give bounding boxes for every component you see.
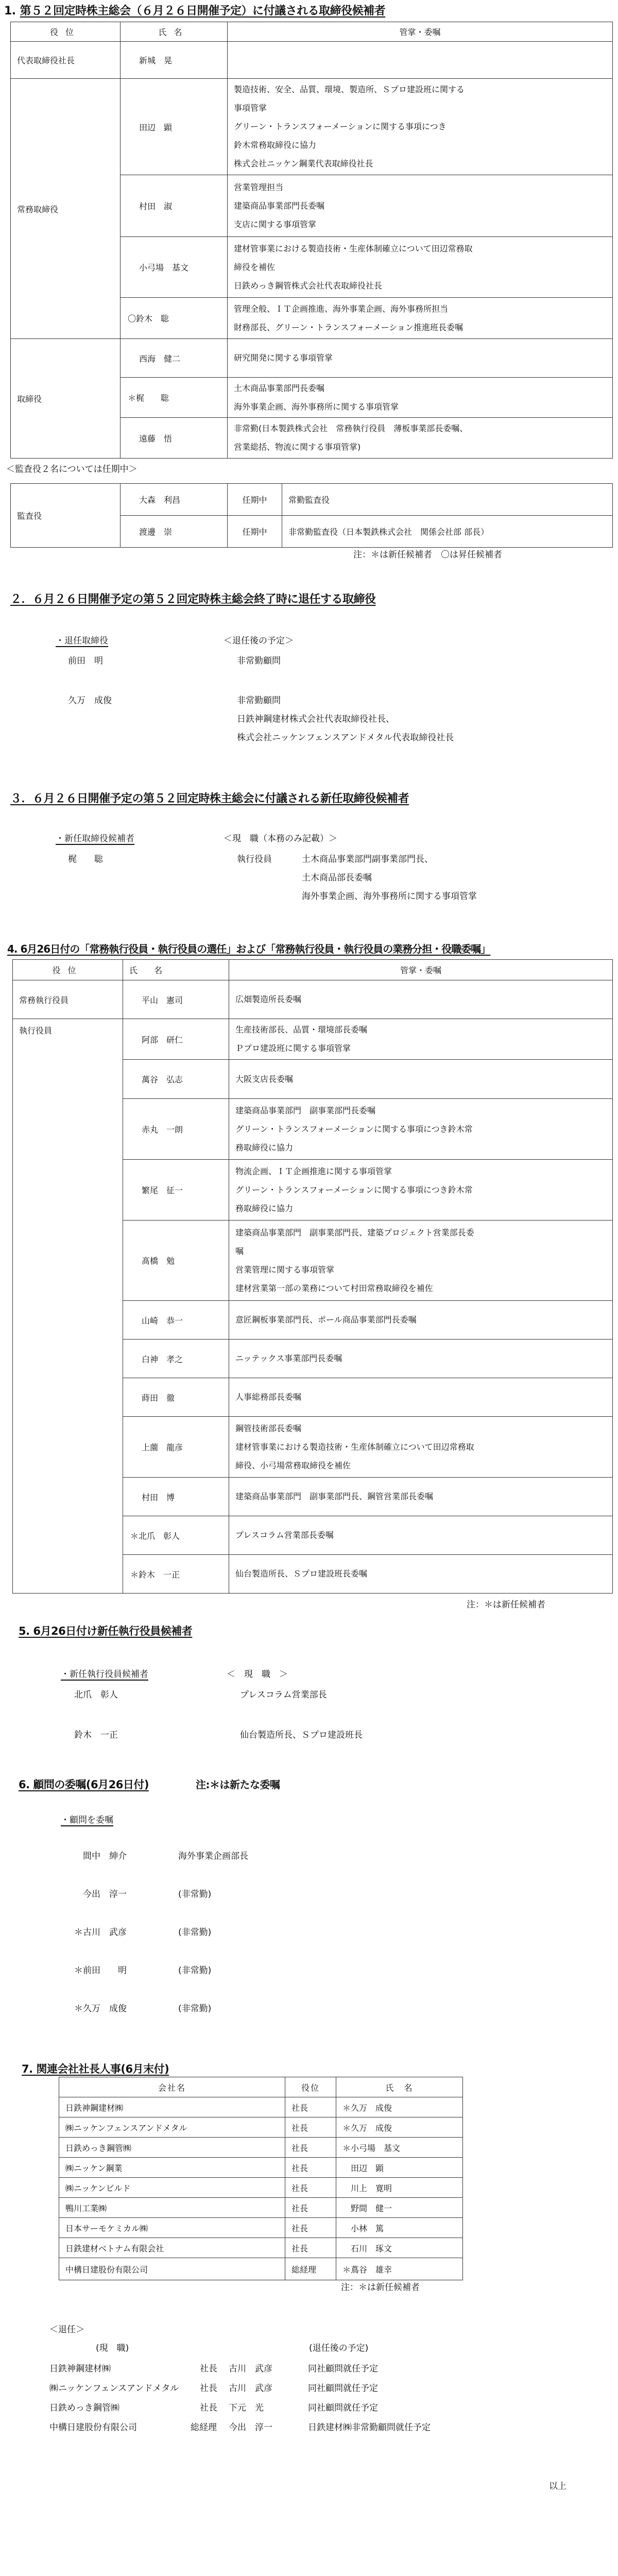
table-row: 代表取締役社長 新城 晃	[11, 42, 613, 79]
table-header-row: 役位 氏名 管掌・委嘱	[11, 22, 613, 42]
advisor-name: ＊前田 明	[74, 1961, 127, 1980]
table-row: ㈱ニッケン鋼業社長 田辺 顕	[59, 2158, 463, 2178]
candidate-position: 執行役員	[237, 850, 272, 869]
new-director-label: ・新任取締役候補者	[56, 829, 134, 848]
officer-name: 鈴木 一正	[74, 1726, 118, 1744]
advisor-name: ＊久万 成俊	[74, 1999, 127, 2018]
retiree-plans: 非常勤顧問 日鉄神鋼建材株式会社代表取締役社長、 株式会社ニッケンフェンスアンド…	[237, 691, 454, 747]
section-4-footnote: 注：＊は新任候補者	[467, 1597, 545, 1610]
closing-text: 以上	[549, 2477, 566, 2496]
table-row: 監査役 大森 利昌 任期中 常勤監査役	[11, 484, 613, 516]
section-4-title: 4. 6月26日付の「常務執行役員・執行役員の選任」および「常務執行役員・執行役…	[7, 941, 490, 956]
section-6-note: 注:＊は新たな委嘱	[196, 1776, 280, 1791]
section-3-title: ３．６月２６日開催予定の第５２回定時株主総会に付議される新任取締役候補者	[10, 790, 409, 806]
retiring-directors-label: ・退任取締役	[56, 632, 108, 650]
advisor-detail: (非常勤)	[178, 1999, 211, 2018]
advisor-detail: (非常勤)	[178, 1885, 211, 1904]
officer-current: プレスコラム営業部長	[240, 1686, 327, 1704]
retire-name: 古川 武彦	[229, 2360, 272, 2378]
new-officer-label: ・新任執行役員候補者	[61, 1665, 148, 1684]
table-row: 常務執行役員 平山 憲司 広畑製造所長委嘱	[13, 980, 613, 1019]
executive-officers-table: 役位 氏 名 管掌・委嘱 常務執行役員 平山 憲司 広畑製造所長委嘱 執行役員 …	[12, 959, 613, 1594]
current-position-label: ＜現 職（本務のみ記載）＞	[224, 829, 337, 848]
table-row: ㈱ニッケンビルド社長 川上 寛明	[59, 2178, 463, 2198]
advisor-detail: (非常勤)	[178, 1961, 211, 1980]
retirement-label: ＜退任＞	[49, 2320, 84, 2339]
advisor-name: ＊古川 武彦	[74, 1923, 127, 1942]
affiliate-presidents-table: 会社名 役位 氏 名 日鉄神鋼建材㈱社長＊久万 成俊 ㈱ニッケンフェンスアンドメ…	[59, 2077, 463, 2280]
table-row: 執行役員 阿部 研仁 生産技術部長、品質・環境部長委嘱 Ｐプロ建設班に関する事項…	[13, 1019, 613, 1060]
table-row: 中構日建股份有限公司総経理＊蔦谷 雄幸	[59, 2258, 463, 2280]
section-1-footnote: 注：＊は新任候補者 〇は昇任候補者	[353, 547, 502, 560]
table-row: 鴨川工業㈱社長 野間 健一	[59, 2198, 463, 2218]
table-row: 日鉄めっき鋼管㈱社長＊小弓場 基文	[59, 2138, 463, 2158]
table-row: 日鉄神鋼建材㈱社長＊久万 成俊	[59, 2097, 463, 2117]
officer-name: 北爪 彰人	[74, 1686, 118, 1704]
retire-plan: 同社顧問就任予定	[308, 2379, 378, 2398]
retire-plan: 同社顧問就任予定	[308, 2360, 378, 2378]
table-row: 常務取締役 田辺 顕 製造技術、安全、品質、環境、製造所、Ｓプロ建設班に関する …	[11, 79, 613, 175]
section-7-footnote: 注：＊は新任候補者	[341, 2280, 420, 2293]
retire-name: 今出 淳一	[229, 2418, 272, 2437]
advisor-detail: 海外事業企画部長	[178, 1847, 248, 1866]
auditor-note: ＜監査役２名については任期中＞	[6, 460, 138, 479]
candidate-name: 梶 聡	[68, 850, 103, 869]
table-header-row: 役位 氏 名 管掌・委嘱	[13, 960, 613, 980]
table-row: 日本サーモケミカル㈱社長 小林 篤	[59, 2218, 463, 2238]
section-2-title: ２．６月２６日開催予定の第５２回定時株主総会終了時に退任する取締役	[10, 590, 376, 606]
retire-name: 下元 光	[229, 2399, 264, 2417]
candidate-duties: 土木商品事業部門副事業部門長、 土木商品部長委嘱 海外事業企画、海外事務所に関す…	[302, 850, 477, 906]
retire-plan: 日鉄建材㈱非常勤顧問就任予定	[308, 2418, 431, 2437]
table-row: ㈱ニッケンフェンスアンドメタル社長＊久万 成俊	[59, 2117, 463, 2138]
advisor-label: ・顧問を委嘱	[61, 1811, 113, 1829]
advisor-detail: (非常勤)	[178, 1923, 211, 1942]
retiree-name: 前田 明	[68, 652, 103, 670]
officer-current: 仙台製造所長、Ｓプロ建設班長	[240, 1726, 363, 1744]
post-retirement-label: ＜退任後の予定＞	[224, 632, 294, 650]
retire-plan: 同社顧問就任予定	[308, 2399, 378, 2417]
retirement-col-current: (現 職)	[96, 2339, 129, 2358]
auditors-table: 監査役 大森 利昌 任期中 常勤監査役 渡邊 崇 任期中 非常勤監査役（日本製鉄…	[10, 483, 613, 548]
retiree-plan: 非常勤顧問	[237, 652, 281, 670]
retire-role: 社長	[200, 2379, 217, 2398]
retire-company: ㈱ニッケンフェンスアンドメタル	[49, 2379, 179, 2398]
retire-company: 日鉄神鋼建材㈱	[49, 2360, 111, 2378]
table-header-row: 会社名 役位 氏 名	[59, 2077, 463, 2097]
advisor-name: 今出 淳一	[74, 1885, 127, 1904]
retire-role: 総経理	[191, 2418, 217, 2437]
retire-company: 中構日建股份有限公司	[49, 2418, 137, 2437]
table-row: 日鉄建材ベトナム有限会社社長 石川 琢文	[59, 2238, 463, 2258]
retire-role: 社長	[200, 2360, 217, 2378]
retire-company: 日鉄めっき鋼管㈱	[49, 2399, 119, 2417]
retiree-name: 久万 成俊	[68, 691, 112, 710]
current-position-label: ＜ 現 職 ＞	[227, 1665, 288, 1684]
section-1-title: 1.第５２回定時株主総会（６月２６日開催予定）に付議される取締役候補者	[4, 2, 385, 18]
section-6-title: 6. 顧問の委嘱(6月26日付)	[19, 1776, 149, 1792]
retire-role: 社長	[200, 2399, 217, 2417]
advisor-name: 間中 紳介	[74, 1847, 127, 1866]
table-row: 取締役 西海 健二 研究開発に関する事項管掌	[11, 339, 613, 378]
section-7-title: 7. 関連会社社長人事(6月末付)	[22, 2061, 169, 2076]
board-candidates-table: 役位 氏名 管掌・委嘱 代表取締役社長 新城 晃 常務取締役 田辺 顕 製造技術…	[10, 22, 613, 459]
section-5-title: 5. 6月26日付け新任執行役員候補者	[19, 1623, 192, 1638]
retire-name: 古川 武彦	[229, 2379, 272, 2398]
retirement-col-plan: (退任後の予定)	[309, 2339, 368, 2358]
